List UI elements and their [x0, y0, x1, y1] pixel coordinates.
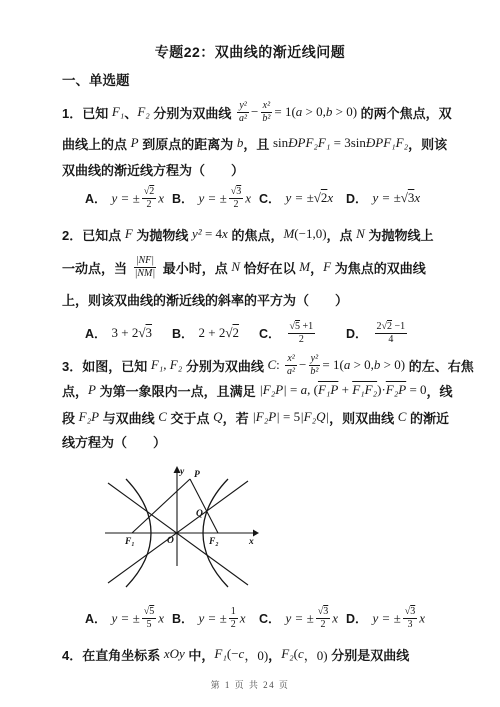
math-run: = 4 — [202, 226, 222, 242]
math-run: Q — [213, 409, 222, 425]
math-run: = 5 — [280, 409, 300, 425]
question-2-line-3: 上，则该双曲线的渐近线的斜率的平方为（ ） — [62, 285, 348, 313]
figure-label-p: P — [194, 470, 200, 480]
math-run: M — [299, 259, 310, 275]
question-2-options: A．3 + 2√3 B．2 + 2√2 C．√5 +12 D．2√2 −14 — [85, 318, 433, 348]
denominator: 2 — [297, 334, 306, 346]
math-run: y = ± — [112, 190, 140, 205]
text-run: 双曲线的渐近线方程为（ ） — [62, 160, 244, 179]
q2-option-b: B．2 + 2√2 — [172, 324, 259, 342]
document-page: 专题22：双曲线的渐近线问题 一、单选题 1．已知 F₁、F₂ 分别为双曲线 y… — [0, 0, 500, 707]
numerator: √2 — [142, 186, 157, 199]
option-formula: y = ±12x — [199, 606, 246, 631]
radicand: 2 — [233, 325, 240, 340]
option-letter: C． — [259, 189, 281, 207]
option-letter: A． — [85, 609, 107, 627]
denominator: b² — [260, 113, 272, 125]
math-run: C — [268, 357, 277, 373]
math-run: xOy — [164, 646, 185, 662]
math-run: F₂P — [79, 409, 99, 425]
fraction: √55 — [142, 606, 157, 631]
option-formula: y = ±√32x — [286, 606, 338, 631]
option-formula: y = ±√22x — [112, 186, 164, 211]
numerator: y² — [237, 100, 248, 113]
text-run: 的左、右焦 — [405, 356, 474, 375]
text-run: 一动点，当 — [62, 258, 131, 277]
question-3-line-1: 3．如图，已知 F₁, F₂ 分别为双曲线 C: x²a²−y²b²= 1(a … — [62, 351, 474, 379]
math-run: 2 — [233, 199, 238, 210]
option-formula: y = ±√33x — [373, 606, 425, 631]
denominator: 2 — [229, 619, 238, 631]
text-run: 分别为双曲线 — [182, 356, 267, 375]
q1-option-d: D．y = ±√3x — [346, 189, 433, 207]
fraction: y²a² — [237, 100, 249, 125]
text-run: 2．已知点 — [62, 225, 125, 244]
fraction: x²a² — [285, 353, 297, 378]
math-run: 2 — [146, 199, 151, 210]
asymptote-ascending — [108, 481, 248, 583]
math-run: x — [158, 610, 164, 625]
sqrt-expression: √5 — [290, 321, 301, 332]
option-letter: D． — [346, 189, 368, 207]
math-run: x² — [287, 353, 294, 364]
q2-option-c: C．√5 +12 — [259, 321, 346, 346]
numerator: √5 — [142, 606, 157, 619]
math-run: − — [251, 104, 258, 120]
math-run: C — [398, 409, 407, 425]
math-run: ÐPF₂F₁ — [288, 135, 330, 151]
text-run: ，点 — [327, 225, 357, 244]
radicand: 5 — [149, 606, 154, 617]
fraction: 12 — [229, 606, 238, 631]
math-run: x² — [263, 100, 270, 111]
denominator: 2 — [231, 199, 240, 211]
math-run: 3 + 2 — [112, 325, 139, 340]
math-run: 2 + 2 — [199, 325, 226, 340]
sqrt-expression: √3 — [231, 186, 242, 197]
sqrt-expression: √2 — [314, 190, 328, 205]
figure-label-q: Q — [196, 509, 203, 519]
math-run: |F₂Q| — [300, 409, 329, 425]
fraction: √22 — [142, 186, 157, 211]
math-run: |NF| — [136, 255, 154, 266]
math-run: F — [125, 226, 133, 242]
math-run: y² — [239, 100, 246, 111]
math-run: x — [158, 190, 164, 205]
option-formula: y = ±√55x — [112, 606, 164, 631]
math-run: F — [323, 259, 331, 275]
denominator: 3 — [405, 619, 414, 631]
text-run: ， — [310, 258, 323, 277]
math-run: 2 — [299, 334, 304, 345]
option-formula: 3 + 2√3 — [112, 324, 152, 342]
text-run: ，且 — [243, 134, 273, 153]
option-formula: y = ±√3x — [373, 189, 421, 207]
section-heading: 一、单选题 — [62, 69, 130, 89]
q3-option-b: B．y = ±12x — [172, 606, 259, 631]
math-run: = — [287, 382, 301, 398]
text-run: ，则双曲线 — [329, 408, 398, 427]
radicand: 3 — [146, 325, 153, 340]
math-run: +1 — [300, 321, 313, 332]
math-run: y² — [192, 226, 202, 242]
math-run: > 0, — [302, 104, 326, 120]
figure-label-f1: F₁ — [124, 537, 135, 547]
text-run: 分别为双曲线 — [150, 103, 235, 122]
text-run: 到原点的距离为 — [139, 134, 237, 153]
hyperbola-diagram: y x O F₁ F₂ P Q — [100, 463, 262, 590]
option-formula: 2√2 −14 — [373, 321, 410, 346]
sqrt-expression: √2 — [144, 186, 155, 197]
sqrt-expression: √5 — [144, 606, 155, 617]
numerator: 1 — [229, 606, 238, 619]
q3-option-c: C．y = ±√32x — [259, 606, 346, 631]
q2-option-a: A．3 + 2√3 — [85, 324, 172, 342]
q1-option-a: A．y = ±√22x — [85, 186, 172, 211]
option-letter: B． — [172, 189, 194, 207]
text-run: 段 — [62, 408, 79, 427]
denominator: 2 — [144, 199, 153, 211]
math-run: a² — [239, 113, 247, 124]
sqrt-expression: √3 — [405, 606, 416, 617]
figure-label-y: y — [179, 467, 185, 477]
math-run: > 0) — [332, 104, 357, 120]
math-run: > 0) — [380, 357, 405, 373]
math-run: x — [332, 610, 338, 625]
text-run: ， — [268, 645, 281, 664]
text-run: 交于点 — [167, 408, 213, 427]
numerator: √3 — [403, 606, 418, 619]
denominator: 2 — [318, 619, 327, 631]
page-title: 专题22：双曲线的渐近线问题 — [0, 42, 500, 62]
math-run: (−1,0) — [294, 226, 326, 242]
numerator: √3 — [316, 606, 331, 619]
math-run: F₂ — [281, 646, 293, 662]
numerator: √5 +1 — [288, 321, 316, 334]
option-letter: B． — [172, 609, 194, 627]
sqrt-expression: √3 — [138, 325, 152, 340]
numerator: 2√2 −1 — [375, 321, 408, 334]
math-run: 2 — [231, 619, 236, 630]
math-run: ，0) — [244, 645, 268, 664]
math-run: 1 — [231, 606, 236, 617]
denominator: 4 — [386, 334, 395, 346]
math-run: = 1( — [322, 357, 343, 373]
denominator: a² — [237, 113, 249, 125]
math-run: x — [240, 610, 246, 625]
fraction: √5 +12 — [288, 321, 316, 346]
text-run: 上，则该双曲线的渐近线的斜率的平方为（ ） — [62, 290, 348, 309]
question-1-line-1: 1．已知 F₁、F₂ 分别为双曲线 y²a²−x²b²= 1(a > 0,b >… — [62, 98, 452, 126]
text-run: 最小时，点 — [159, 258, 231, 277]
q2-option-d: D．2√2 −14 — [346, 321, 433, 346]
sqrt-expression: √3 — [401, 190, 415, 205]
option-formula: 2 + 2√2 — [199, 324, 239, 342]
math-run: M — [283, 226, 294, 242]
math-run: , ( — [307, 382, 318, 398]
asymptote-descending — [108, 483, 248, 585]
option-letter: C． — [259, 609, 281, 627]
radicand: 3 — [323, 606, 328, 617]
sqrt-expression: √2 — [225, 325, 239, 340]
math-run: 3 — [407, 619, 412, 630]
math-run: F₁ — [112, 104, 124, 120]
math-run: P — [131, 135, 139, 151]
math-run: x — [419, 610, 425, 625]
math-run: P — [88, 382, 96, 398]
text-run: 3．如图，已知 — [62, 356, 151, 375]
numerator: x² — [285, 353, 296, 366]
question-3-figure: y x O F₁ F₂ P Q — [100, 463, 262, 590]
option-letter: B． — [172, 324, 194, 342]
text-run: 1．已知 — [62, 103, 112, 122]
math-run: y = ± — [112, 610, 140, 625]
math-run: b² — [262, 113, 270, 124]
text-run: 恰好在以 — [240, 258, 299, 277]
math-run: F₁, F₂ — [151, 357, 182, 373]
text-run: 中， — [185, 645, 215, 664]
fraction: √33 — [403, 606, 418, 631]
fraction: y²b² — [308, 353, 320, 378]
math-run: −1 — [392, 321, 405, 332]
option-formula: y = ±√2x — [286, 189, 334, 207]
math-run: |F₂P| — [259, 382, 287, 398]
math-run: = 1( — [274, 104, 295, 120]
radicand: 3 — [410, 606, 415, 617]
question-2-line-1: 2．已知点 F 为抛物线 y² = 4x 的焦点，M(−1,0)，点 N 为抛物… — [62, 220, 433, 248]
math-run: = 3sin — [330, 135, 366, 151]
math-run: |NM| — [135, 268, 156, 279]
math-run: y = ± — [286, 610, 314, 625]
math-run: = 0 — [406, 382, 426, 398]
math-run: y = ± — [199, 610, 227, 625]
text-run: ，若 — [223, 408, 253, 427]
math-run: ÐPF₁F₂ — [366, 135, 408, 151]
fraction: 2√2 −14 — [375, 321, 408, 346]
question-4-line-1: 4．在直角坐标系 xOy 中，F₁(−c，0)，F₂(c，0) 分别是双曲线 — [62, 640, 409, 668]
math-run: N — [231, 259, 240, 275]
math-run: 2 — [320, 619, 325, 630]
text-run: 线方程为（ ） — [62, 432, 166, 451]
math-run: y² — [311, 353, 318, 364]
radicand: 2 — [149, 186, 154, 197]
math-run: + — [338, 382, 352, 398]
question-3-line-4: 线方程为（ ） — [62, 427, 166, 455]
sqrt-expression: √3 — [318, 606, 329, 617]
math-run: a² — [287, 366, 295, 377]
text-run: 的两个焦点，双 — [357, 103, 452, 122]
text-run: 的焦点， — [228, 225, 284, 244]
math-run: y = ± — [373, 190, 401, 205]
math-run: F₂ — [137, 104, 149, 120]
text-run: 曲线上的点 — [62, 134, 131, 153]
radicand: 3 — [236, 186, 241, 197]
vector-expression: F₁P — [318, 382, 338, 398]
question-1-line-2: 曲线上的点 P 到原点的距离为 b，且 sinÐPF₂F₁ = 3sinÐPF₁… — [62, 129, 447, 157]
question-1-line-3: 双曲线的渐近线方程为（ ） — [62, 155, 244, 183]
math-run: b² — [310, 366, 318, 377]
math-run: y = ± — [373, 610, 401, 625]
option-letter: A． — [85, 324, 107, 342]
math-run: )· — [377, 382, 386, 398]
q1-option-b: B．y = ±√32x — [172, 186, 259, 211]
text-run: 为第一象限内一点，且满足 — [96, 381, 259, 400]
math-run: y = ± — [286, 190, 314, 205]
math-run: y = ± — [199, 190, 227, 205]
q3-option-a: A．y = ±√55x — [85, 606, 172, 631]
option-formula: √5 +12 — [286, 321, 318, 346]
vector-expression: F₁F₂ — [352, 382, 377, 398]
math-run: F₁ — [214, 646, 226, 662]
sqrt-expression: √2 — [382, 321, 393, 332]
question-1-options: A．y = ±√22x B．y = ±√32x C．y = ±√2x D．y =… — [85, 183, 433, 213]
figure-label-x: x — [248, 537, 254, 547]
numerator: |NF| — [134, 255, 156, 268]
math-run: : — [276, 357, 283, 373]
math-run: > 0, — [350, 357, 374, 373]
fraction: √32 — [229, 186, 244, 211]
page-number-footer: 第 1 页 共 24 页 — [0, 678, 500, 691]
q3-option-d: D．y = ±√33x — [346, 606, 433, 631]
math-run: (− — [227, 646, 239, 662]
text-run: 与双曲线 — [99, 408, 158, 427]
option-formula: y = ±√32x — [199, 186, 251, 211]
numerator: y² — [309, 353, 320, 366]
question-2-line-2: 一动点，当 |NF||NM| 最小时，点 N 恰好在以 M，F 为焦点的双曲线 — [62, 252, 426, 282]
math-run: sin — [273, 135, 288, 151]
numerator: x² — [261, 100, 272, 113]
text-run: 为焦点的双曲线 — [331, 258, 426, 277]
question-3-line-2: 点，P 为第一象限内一点，且满足 |F₂P| = a, (F₁P + F₁F₂)… — [62, 376, 453, 404]
option-letter: D． — [346, 609, 368, 627]
vector-expression: F₂P — [386, 382, 406, 398]
fraction: |NF||NM| — [133, 255, 158, 280]
math-run: x — [245, 190, 251, 205]
math-run: |F₂P| — [252, 409, 280, 425]
x-axis-arrow — [253, 530, 259, 537]
option-letter: A． — [85, 189, 107, 207]
math-run: 4 — [388, 334, 393, 345]
question-3-options: A．y = ±√55x B．y = ±12x C．y = ±√32x D．y =… — [85, 603, 433, 633]
math-run: x — [327, 190, 333, 205]
math-run: ，0) — [304, 645, 328, 664]
math-run: C — [158, 409, 167, 425]
denominator: |NM| — [133, 268, 158, 280]
text-run: 为抛物线 — [133, 225, 192, 244]
fraction: x²b² — [260, 100, 272, 125]
text-run: ，则该 — [408, 134, 447, 153]
text-run: 4．在直角坐标系 — [62, 645, 164, 664]
figure-label-origin: O — [167, 536, 174, 546]
numerator: √3 — [229, 186, 244, 199]
text-run: 点， — [62, 381, 88, 400]
q1-option-c: C．y = ±√2x — [259, 189, 346, 207]
text-run: ，线 — [427, 381, 453, 400]
math-run: N — [356, 226, 365, 242]
segment-f1-p — [132, 479, 190, 533]
text-run: 的渐近 — [406, 408, 449, 427]
option-letter: C． — [259, 324, 281, 342]
denominator: 5 — [144, 619, 153, 631]
fraction: √32 — [316, 606, 331, 631]
math-run: − — [299, 357, 306, 373]
math-run: 5 — [146, 619, 151, 630]
text-run: 分别是双曲线 — [328, 645, 410, 664]
text-run: 、 — [124, 103, 137, 122]
option-letter: D． — [346, 324, 368, 342]
figure-label-f2: F₂ — [208, 537, 219, 547]
text-run: 为抛物线上 — [365, 225, 434, 244]
math-run: x — [414, 190, 420, 205]
